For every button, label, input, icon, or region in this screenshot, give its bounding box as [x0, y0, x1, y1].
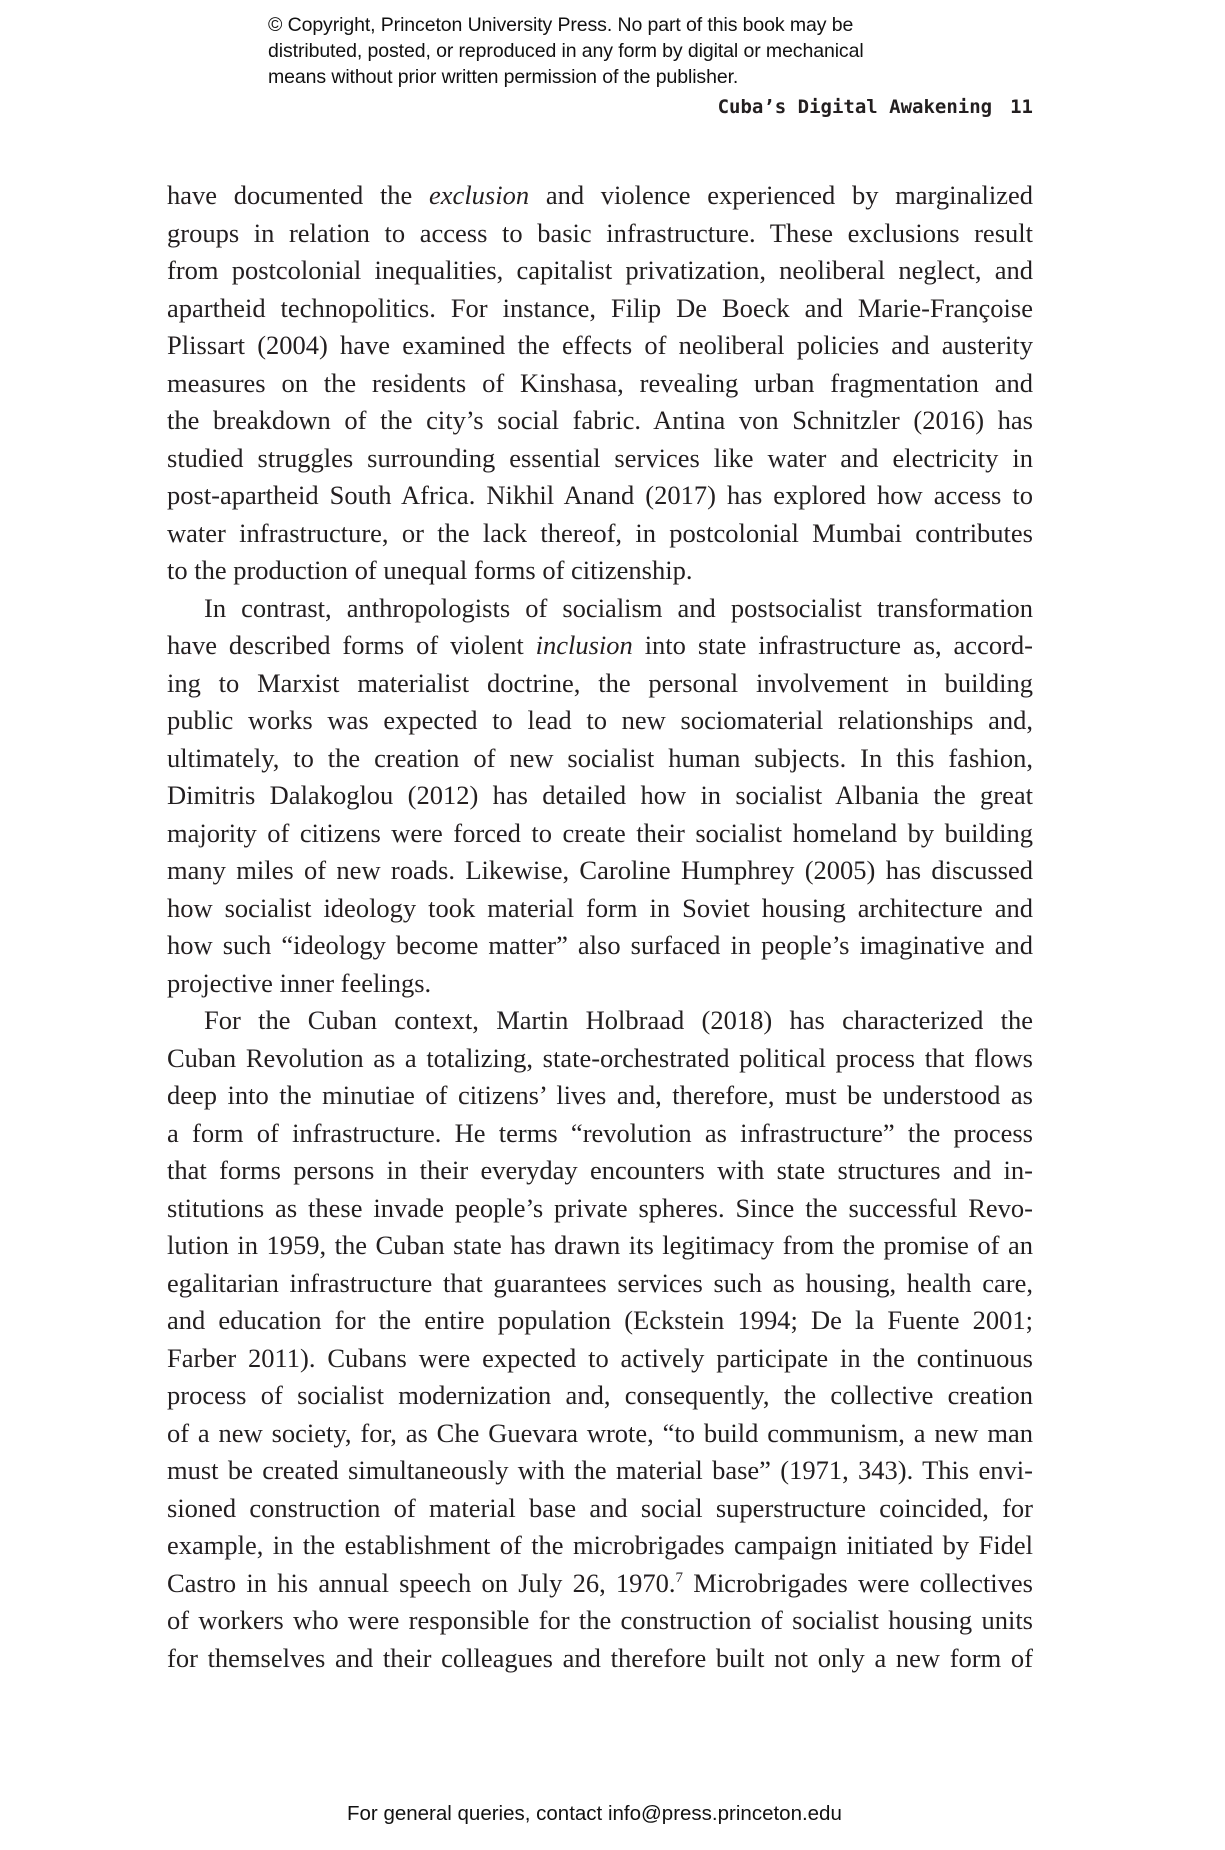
text-line: Farber 2011). Cubans were expected to ac…: [167, 1340, 1033, 1378]
text-line: majority of citizens were forced to crea…: [167, 815, 1033, 853]
copyright-notice: © Copyright, Princeton University Press.…: [268, 12, 1028, 90]
text-line: have described forms of violent inclusio…: [167, 627, 1033, 665]
text-line: the breakdown of the city’s social fabri…: [167, 402, 1033, 440]
text-line: many miles of new roads. Likewise, Carol…: [167, 852, 1033, 890]
copyright-line: distributed, posted, or reproduced in an…: [268, 38, 1028, 64]
text-line: apartheid technopolitics. For instance, …: [167, 290, 1033, 328]
text-line: example, in the establishment of the mic…: [167, 1527, 1033, 1565]
text-line: measures on the residents of Kinshasa, r…: [167, 365, 1033, 403]
running-head-title: Cuba’s Digital Awakening: [718, 96, 993, 118]
emphasis: exclusion: [429, 180, 529, 210]
text-line: Plissart (2004) have examined the effect…: [167, 327, 1033, 365]
footer-contact: For general queries, contact info@press.…: [347, 1801, 842, 1827]
text-line: and education for the entire population …: [167, 1302, 1033, 1340]
text-line: of workers who were responsible for the …: [167, 1602, 1033, 1640]
text-line: for themselves and their colleagues and …: [167, 1640, 1033, 1678]
copyright-line: © Copyright, Princeton University Press.…: [268, 12, 1028, 38]
text-line: public works was expected to lead to new…: [167, 702, 1033, 740]
page-number: 11: [1010, 96, 1033, 118]
text-line: must be created simultaneously with the …: [167, 1452, 1033, 1490]
paragraph-last-line: to the production of unequal forms of ci…: [167, 552, 1033, 590]
text-line: deep into the minutiae of citizens’ live…: [167, 1077, 1033, 1115]
text-line: water infrastructure, or the lack thereo…: [167, 515, 1033, 553]
running-head: Cuba’s Digital Awakening11: [718, 94, 1033, 120]
text-line: ultimately, to the creation of new socia…: [167, 740, 1033, 778]
text-line: process of socialist modernization and, …: [167, 1377, 1033, 1415]
text-line: stitutions as these invade people’s priv…: [167, 1190, 1033, 1228]
text-line: groups in relation to access to basic in…: [167, 215, 1033, 253]
text-line: Castro in his annual speech on July 26, …: [167, 1565, 1033, 1603]
paragraph-first-line: For the Cuban context, Martin Holbraad (…: [167, 1002, 1033, 1040]
copyright-line: means without prior written permission o…: [268, 64, 1028, 90]
text-line: have documented the exclusion and violen…: [167, 177, 1033, 215]
text-line: ing to Marxist materialist doctrine, the…: [167, 665, 1033, 703]
text-line: how socialist ideology took material for…: [167, 890, 1033, 928]
text-line: from postcolonial inequalities, capitali…: [167, 252, 1033, 290]
text-line: of a new society, for, as Che Guevara wr…: [167, 1415, 1033, 1453]
emphasis: inclusion: [536, 630, 633, 660]
paragraph-first-line: In contrast, anthropologists of socialis…: [167, 590, 1033, 628]
body-text: have documented the exclusion and violen…: [167, 177, 1033, 1677]
text-line: studied struggles surrounding essential …: [167, 440, 1033, 478]
text-line: post-apartheid South Africa. Nikhil Anan…: [167, 477, 1033, 515]
text-line: that forms persons in their everyday enc…: [167, 1152, 1033, 1190]
text-line: Dimitris Dalakoglou (2012) has detailed …: [167, 777, 1033, 815]
text-line: a form of infrastructure. He terms “revo…: [167, 1115, 1033, 1153]
text-line: sioned construction of material base and…: [167, 1490, 1033, 1528]
text-line: egalitarian infrastructure that guarante…: [167, 1265, 1033, 1303]
text-line: how such “ideology become matter” also s…: [167, 927, 1033, 965]
text-line: lution in 1959, the Cuban state has draw…: [167, 1227, 1033, 1265]
paragraph-last-line: projective inner feelings.: [167, 965, 1033, 1003]
footnote-marker[interactable]: 7: [676, 1570, 684, 1586]
text-line: Cuban Revolution as a totalizing, state-…: [167, 1040, 1033, 1078]
